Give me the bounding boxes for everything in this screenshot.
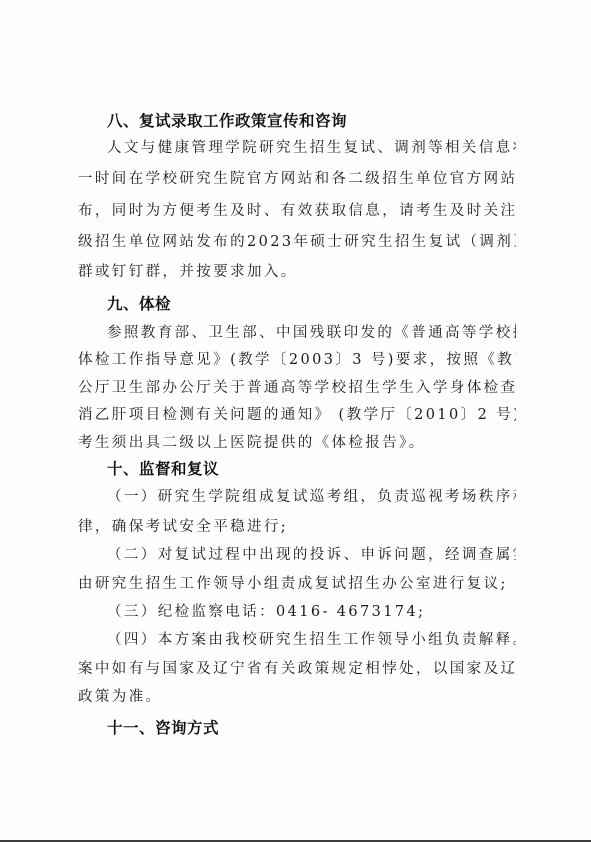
paragraph-line: 案中如有与国家及辽宁省有关政策规定相悖处，以国家及辽宁省: [78, 658, 516, 680]
section-heading-9: 九、体检: [107, 292, 171, 316]
paragraph-line: （一）研究生学院组成复试巡考组，负责巡视考场秩序和纪: [107, 486, 516, 508]
paragraph-line: 级招生单位网站发布的2023年硕士研究生招生复试（调剂）QQ: [78, 231, 516, 253]
section-heading-11: 十一、咨询方式: [107, 716, 219, 740]
paragraph-line: 消乙肝项目检测有关问题的通知》 (教学厅〔2010〕2 号)规定，: [78, 404, 516, 426]
paragraph-line: 参照教育部、卫生部、中国残联印发的《普通高等学校招生: [107, 322, 516, 344]
paragraph-line: 政策为准。: [78, 686, 516, 708]
paragraph-line: 一时间在学校研究生院官方网站和各二级招生单位官方网站发: [78, 168, 516, 190]
paragraph-line: 人文与健康管理学院研究生招生复试、调剂等相关信息将第: [107, 137, 516, 159]
paragraph-line: （二）对复试过程中出现的投诉、申诉问题，经调查属实的，: [107, 544, 516, 566]
paragraph-line: 考生须出具二级以上医院提供的《体检报告》。: [78, 432, 516, 454]
paragraph-line: 律，确保考试安全平稳进行;: [78, 516, 516, 538]
paragraph-line: （四）本方案由我校研究生招生工作领导小组负责解释。方: [107, 629, 516, 651]
paragraph-line: 群或钉钉群，并按要求加入。: [78, 261, 516, 283]
paragraph-line: 体检工作指导意见》(教学〔2003〕3 号)要求，按照《教育部办: [78, 349, 516, 371]
paragraph-line: （三）纪检监察电话：0416- 4673174;: [107, 601, 516, 623]
section-heading-10: 十、监督和复议: [107, 457, 219, 481]
paragraph-line: 公厅卫生部办公厅关于普通高等学校招生学生入学身体检查取: [78, 377, 516, 399]
section-heading-8: 八、复试录取工作政策宣传和咨询: [107, 109, 347, 133]
paragraph-line: 由研究生招生工作领导小组责成复试招生办公室进行复议;: [78, 573, 516, 595]
paragraph-line: 布，同时为方便考生及时、有效获取信息，请考生及时关注各二: [78, 200, 516, 222]
document-page: 八、复试录取工作政策宣传和咨询 人文与健康管理学院研究生招生复试、调剂等相关信息…: [0, 0, 591, 840]
